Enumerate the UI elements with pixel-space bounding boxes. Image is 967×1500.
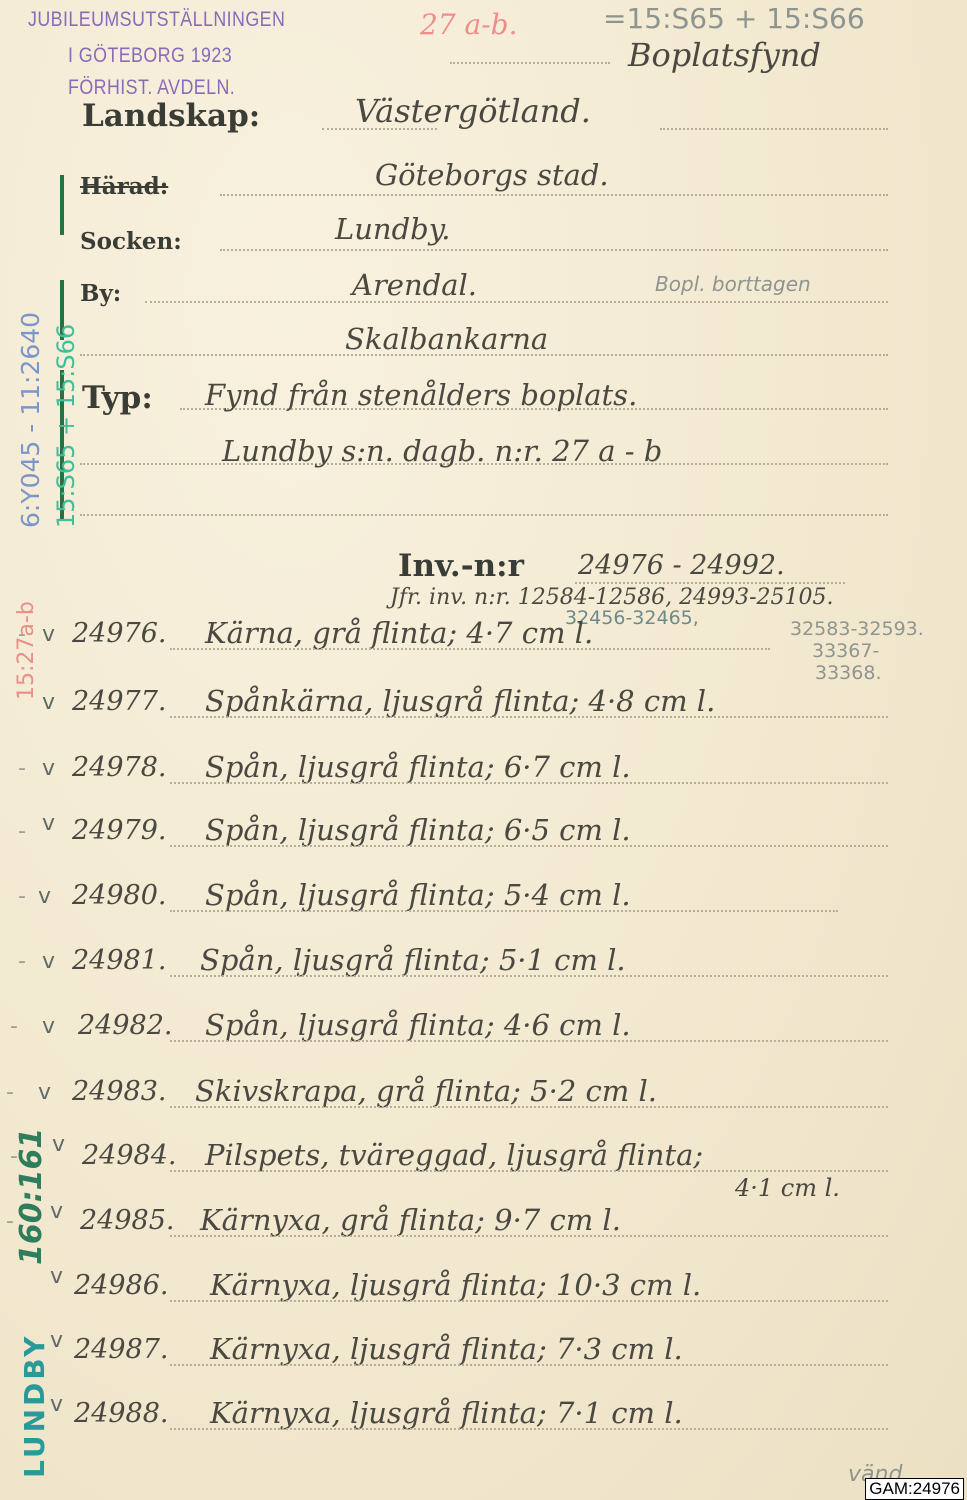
check-mark-icon: v [42, 811, 55, 836]
item-number: 24979. [72, 815, 166, 846]
item-number: 24985. [80, 1205, 174, 1236]
lundby-stamp: LUNDBY [18, 1334, 51, 1478]
item-number: 24981. [72, 945, 166, 976]
check-mark-icon: v [50, 1328, 63, 1353]
green-margin-reference: 15:S65 + 15:S66 [52, 324, 80, 528]
item-description: Spånkärna, ljusgrå flinta; 4·8 cm l. [205, 684, 715, 718]
by-value: Arendal. [352, 268, 477, 302]
check-mark-icon: v [50, 1199, 63, 1224]
blue-margin-reference: 6:Y045 - 11:2640 [16, 312, 45, 528]
dotted-line [220, 249, 888, 251]
dotted-line [660, 128, 888, 130]
item-description: Spån, ljusgrå flinta; 6·7 cm l. [205, 750, 631, 784]
catalog-id-label: GAM:24976 [865, 1478, 964, 1500]
harad-label: Härad: [80, 173, 168, 200]
item-number: 24976. [72, 618, 166, 649]
socken-value: Lundby. [335, 212, 451, 246]
item-description: Skivskrapa, grå flinta; 5·2 cm l. [195, 1074, 657, 1108]
item-description: Pilspets, tväreggad, ljusgrå flinta; [205, 1138, 703, 1172]
landskap-label: Landskap: [82, 98, 260, 134]
pencil-ref-2: 32583-32593. [790, 618, 924, 640]
check-mark-icon: v [38, 884, 51, 909]
green-margin-number: 160:161 [14, 1128, 49, 1265]
item-description: Spån, ljusgrå flinta; 5·4 cm l. [205, 878, 631, 912]
landskap-value: Västergötland. [355, 92, 591, 130]
item-number: 24978. [72, 752, 166, 783]
item-number: 24980. [72, 880, 166, 911]
item-number: 24987. [74, 1334, 168, 1365]
item-description: Spån, ljusgrå flinta; 4·6 cm l. [205, 1008, 631, 1042]
item-description: Kärnyxa, ljusgrå flinta; 7·3 cm l. [210, 1332, 683, 1366]
item-number: 24986. [74, 1270, 168, 1301]
check-mark-icon: v [42, 756, 55, 781]
dotted-line [450, 62, 610, 64]
check-mark-icon: v [50, 1392, 63, 1417]
exhibition-stamp-line2: I GÖTEBORG 1923 [68, 44, 232, 68]
pencil-ref-4: 33368. [815, 662, 881, 684]
item-description: Kärnyxa, ljusgrå flinta; 7·1 cm l. [210, 1396, 683, 1430]
check-mark-icon: v [42, 1014, 55, 1039]
check-mark-icon: v [52, 1132, 65, 1157]
by-label: By: [80, 280, 121, 307]
red-diary-note: 27 a-b. [420, 8, 518, 41]
by-value-2: Skalbankarna [345, 322, 548, 356]
item-number: 24983. [72, 1076, 166, 1107]
pencil-note-removed: Bopl. borttagen [655, 272, 811, 296]
check-mark-icon: v [42, 622, 55, 647]
item-description-continued: 4·1 cm l. [735, 1174, 840, 1202]
red-margin-reference: 15:27a-b [14, 601, 39, 700]
item-description: Kärnyxa, grå flinta; 9·7 cm l. [200, 1203, 621, 1237]
item-description: Spån, ljusgrå flinta; 5·1 cm l. [200, 943, 626, 977]
check-mark-icon: v [50, 1264, 63, 1289]
inventory-label: Inv.-n:r [398, 548, 524, 584]
item-number: 24984. [82, 1140, 176, 1171]
check-mark-icon: v [42, 949, 55, 974]
exhibition-stamp-line3: FÖRHIST. AVDELN. [68, 76, 235, 100]
item-number: 24977. [72, 686, 166, 717]
item-number: 24988. [74, 1398, 168, 1429]
dotted-line [80, 514, 888, 516]
socken-label: Socken: [80, 228, 182, 255]
exhibition-stamp-line1: JUBILEUMSUTSTÄLLNINGEN [28, 8, 285, 32]
inventory-range: 24976 - 24992. [578, 550, 785, 581]
item-number: 24982. [78, 1010, 172, 1041]
item-description: Kärna, grå flinta; 4·7 cm l. [205, 616, 593, 650]
dotted-line [220, 194, 888, 196]
check-mark-icon: v [42, 690, 55, 715]
dotted-line [575, 582, 845, 584]
typ-label: Typ: [82, 380, 153, 416]
typ-value-2: Lundby s:n. dagb. n:r. 27 a - b [222, 434, 662, 468]
pencil-reference: =15:S65 + 15:S66 [603, 2, 865, 35]
category-heading: Boplatsfynd [628, 36, 821, 74]
item-description: Kärnyxa, ljusgrå flinta; 10·3 cm l. [210, 1268, 701, 1302]
check-mark-icon: v [38, 1080, 51, 1105]
green-strike-bar [60, 175, 64, 235]
harad-value: Göteborgs stad. [375, 158, 609, 192]
pencil-ref-3: 33367- [812, 640, 879, 662]
dotted-line [145, 301, 888, 303]
item-description: Spån, ljusgrå flinta; 6·5 cm l. [205, 813, 631, 847]
typ-value: Fynd från stenålders boplats. [205, 378, 637, 412]
